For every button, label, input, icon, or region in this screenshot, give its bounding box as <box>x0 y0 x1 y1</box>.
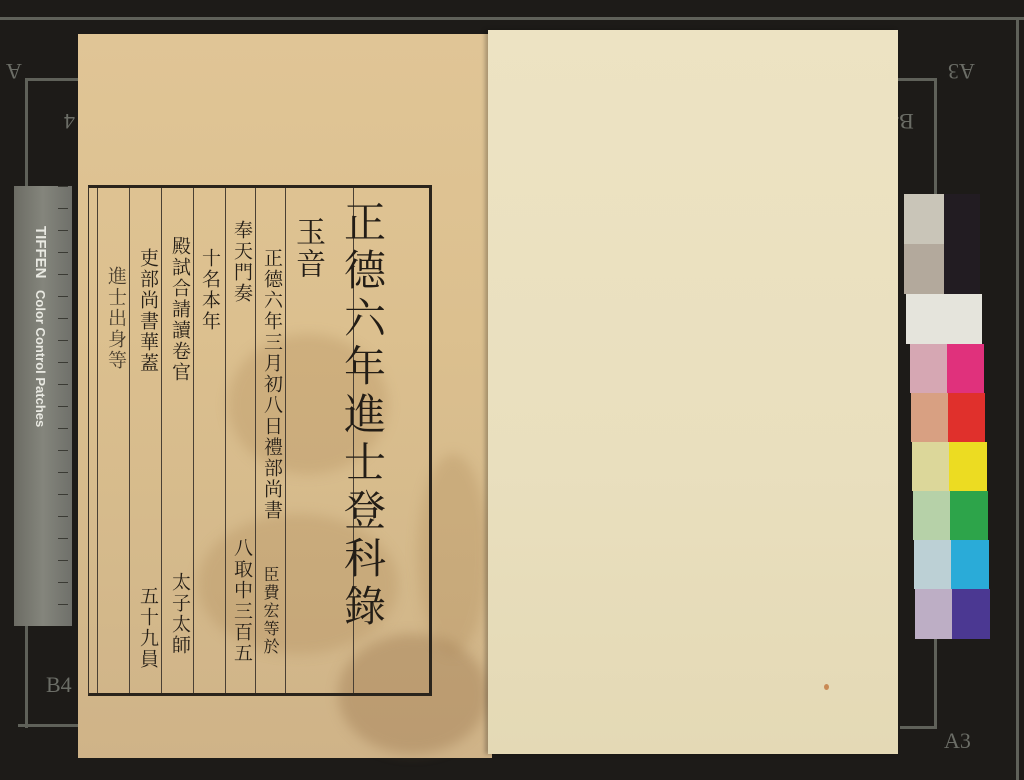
mat-grid-line <box>895 78 935 81</box>
mat-label: A3 <box>944 728 971 754</box>
text-column: 五十九員 <box>135 586 162 670</box>
text-column: 正德六年三月初八日禮部尚書 <box>259 248 286 521</box>
tiffen-title: Color Control Patches <box>33 290 48 427</box>
mat-grid-line <box>1016 20 1019 780</box>
mat-label: A <box>6 58 22 84</box>
column-rule <box>129 188 130 693</box>
text-column: 進士出身等 <box>103 266 130 371</box>
text-column: 十名本年 <box>197 248 224 332</box>
patch-violet <box>952 589 990 639</box>
column-rule <box>97 188 98 693</box>
patch-pink-light <box>910 344 947 393</box>
mat-grid-line <box>900 726 937 729</box>
patch-orange-light <box>911 393 948 442</box>
book-page-right-blank <box>488 30 898 754</box>
tiffen-brand: TIFFEN <box>32 226 49 279</box>
book-subtitle: 玉音 <box>285 216 329 280</box>
patch-green-light <box>913 491 950 540</box>
mat-label: A3 <box>948 58 975 84</box>
column-rule <box>225 188 226 693</box>
tiffen-color-strip: TIFFEN Color Control Patches <box>14 186 72 626</box>
text-column: 太子太師 <box>167 572 194 656</box>
patch-black <box>944 194 980 294</box>
text-column: 吏部尚書華蓋 <box>135 248 162 374</box>
patch-cyan <box>951 540 989 589</box>
text-frame: 正德六年進士登科錄 玉音 正德六年三月初八日禮部尚書 臣費宏等於 奉天門奏 八取… <box>88 185 432 696</box>
patch-green <box>950 491 988 540</box>
patch-violet-light <box>915 589 952 639</box>
patch-gray-mid <box>904 244 944 294</box>
spot <box>824 684 829 690</box>
patch-yellow <box>949 442 987 491</box>
patch-red <box>948 393 985 442</box>
book-title: 正德六年進士登科錄 <box>341 200 383 632</box>
mat-label: 4 <box>64 108 75 134</box>
mat-grid-line <box>0 17 1024 20</box>
tiffen-label: TIFFEN Color Control Patches <box>32 226 49 427</box>
patch-magenta <box>947 344 984 393</box>
mat-grid-line <box>18 724 80 727</box>
patch-white <box>906 294 982 344</box>
patch-cyan-light <box>914 540 951 589</box>
text-column: 臣費宏等於 <box>259 566 282 656</box>
text-column: 奉天門奏 <box>229 220 256 304</box>
mat-grid-line <box>25 78 85 81</box>
ruler-ticks <box>58 186 68 626</box>
patch-yellow-light <box>912 442 949 491</box>
patch-gray-light <box>904 194 944 244</box>
text-column: 殿試合請讀卷官 <box>167 236 194 383</box>
mat-label: B4 <box>46 672 72 698</box>
color-calibration-bar <box>904 194 994 642</box>
text-column: 八取中三百五 <box>229 538 256 664</box>
